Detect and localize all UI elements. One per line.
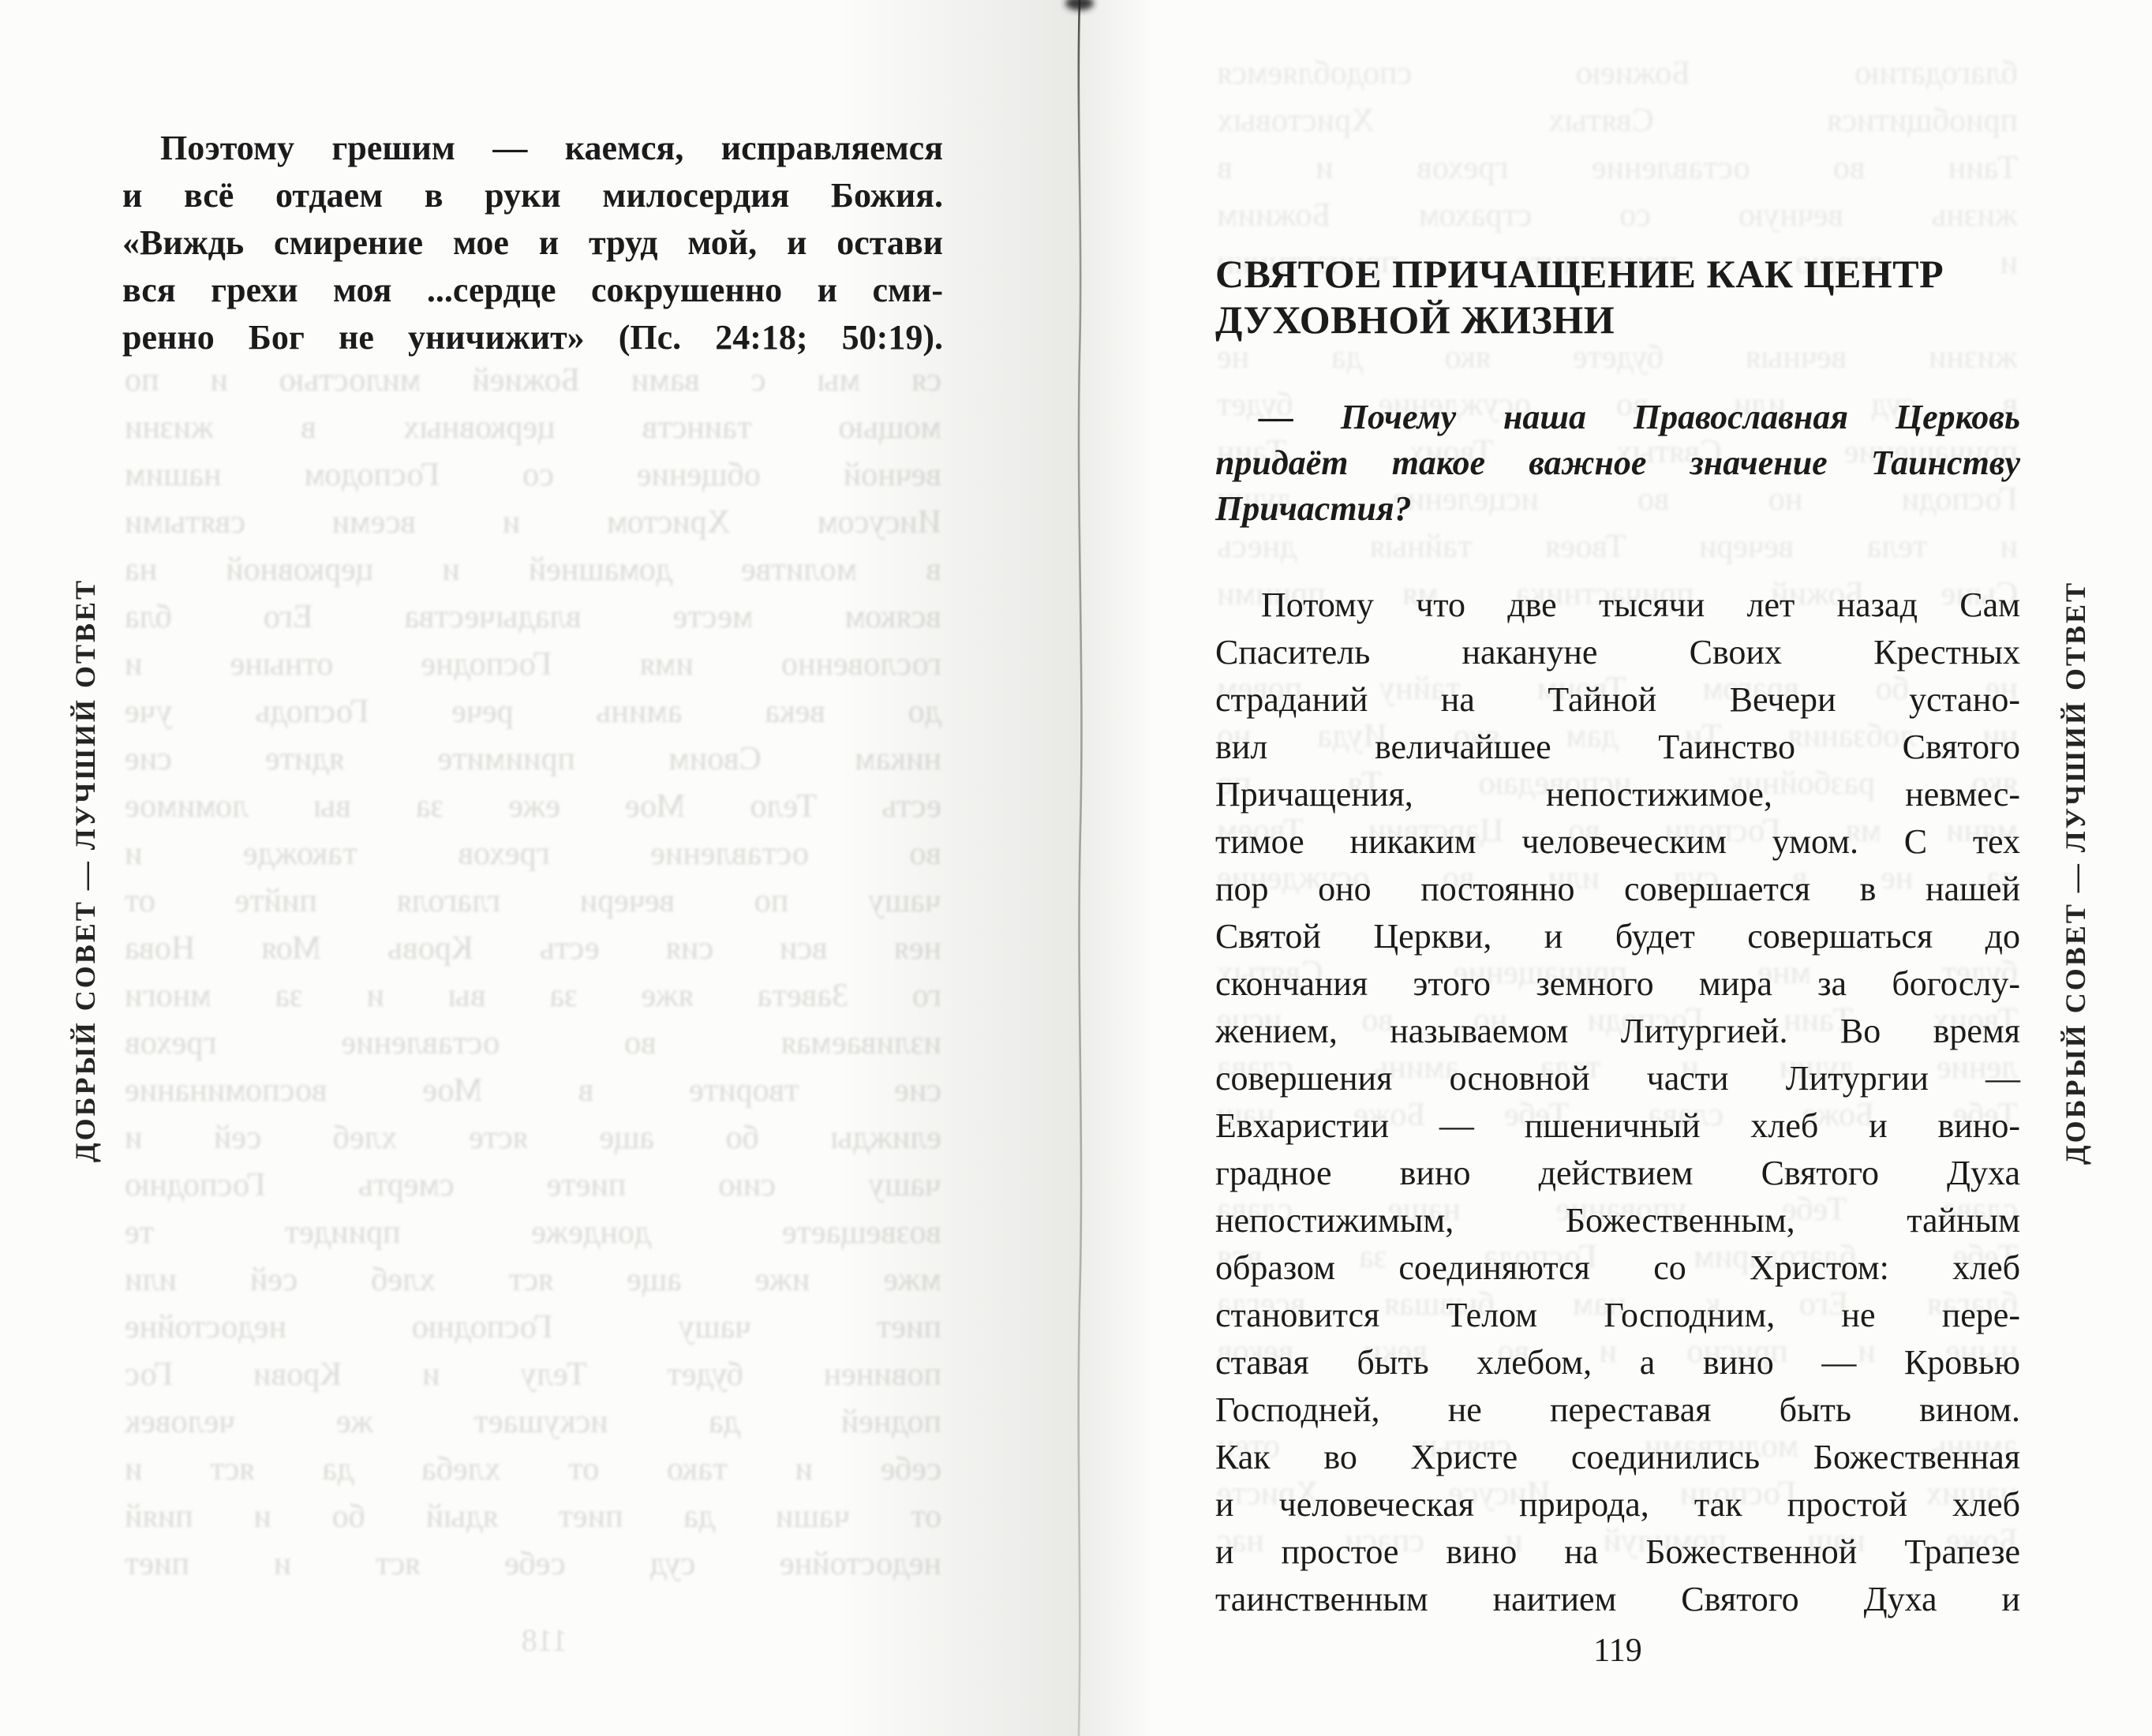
- text-line: пор оно постоянно совершается в нашей: [1215, 866, 2020, 913]
- text-line: ставая быть хлебом, а вино — Кровью: [1215, 1339, 2020, 1386]
- text-line: чашу сию пиете смерть Господню: [125, 1162, 941, 1209]
- text-line: гословенно имя Господне отныне и: [125, 641, 941, 688]
- text-line: изливаемая во оставление грехов: [125, 1020, 941, 1067]
- book-gutter: [1057, 0, 1105, 1736]
- chapter-heading: СВЯТОЕ ПРИЧАЩЕНИЕ КАК ЦЕНТРДУХОВНОЙ ЖИЗН…: [1215, 251, 2020, 342]
- text-line: себе и тако от хлеба да яст и: [125, 1446, 941, 1493]
- text-line: го Завета яже за вы и за многи: [125, 972, 941, 1020]
- left-margin-caption: ДОБРЫЙ СОВЕТ — ЛУЧШИЙ ОТВЕТ: [69, 578, 102, 1162]
- text-line: Как во Христе соединились Божественная: [1215, 1434, 2020, 1481]
- text-line: Иисусом Христом и всеми святыми: [125, 499, 941, 546]
- text-line: совершения основной части Литургии —: [1215, 1055, 2020, 1102]
- text-line: и человеческая природа, так простой хлеб: [1215, 1481, 2020, 1528]
- text-line: всяком месте владычества Его бла: [125, 593, 941, 641]
- text-line: ся мы с вами Божией милостью и по: [125, 357, 941, 404]
- text-line: подней да искушает же человек: [125, 1398, 941, 1446]
- text-line: тимое никаким человеческим умом. С тех: [1215, 818, 2020, 866]
- text-line: ДУХОВНОЙ ЖИЗНИ: [1215, 297, 2020, 342]
- text-line: пиет чашу Господню недостойне: [125, 1304, 941, 1351]
- text-line: ренно Бог не уничижит» (Пс. 24:18; 50:19…: [122, 314, 943, 361]
- bleed-through-text: ся мы с вами Божией милостью и помощью т…: [125, 357, 941, 1588]
- text-line: становится Телом Господним, не пере-: [1215, 1292, 2020, 1339]
- text-line: скончания этого земного мира за богослу-: [1215, 960, 2020, 1008]
- text-line: страданий на Тайной Вечери устано-: [1215, 676, 2020, 724]
- answer-paragraph: Потому что две тысячи лет назад СамСпаси…: [1215, 582, 2020, 1623]
- text-line: Причащения, непостижимое, невмес-: [1215, 771, 2020, 818]
- text-line: и простое вино на Божественной Трапезе: [1215, 1528, 2020, 1576]
- text-line: есть Тело Мое еже за вы ломимое: [125, 783, 941, 830]
- text-line: мощью таинств церковных в жизни: [125, 404, 941, 451]
- text-line: никам Своим приимите ядите сие: [125, 735, 941, 783]
- text-line: «Виждь смирение мое и труд мой, и остави: [122, 219, 943, 267]
- text-line: вся грехи моя ...сердце сокрушенно и сми…: [122, 267, 943, 314]
- text-line: приобщитися Святых Христовых: [1217, 97, 2018, 144]
- text-line: до века аминь рече Господь уче: [125, 688, 941, 735]
- text-line: мже иже аще яст хлеб сей или: [125, 1256, 941, 1304]
- text-line: чашу по вечери глаголя пийте от: [125, 877, 941, 925]
- page-number: 119: [1215, 1632, 2020, 1670]
- text-line: жизнь вечную со страхом Божиим: [1217, 192, 2018, 239]
- text-line: придаёт такое важное значение Таинству: [1215, 440, 2020, 486]
- text-line: жением, называемом Литургией. Во время: [1215, 1008, 2020, 1055]
- text-line: во оставление грехов такожде и: [125, 830, 941, 877]
- question-paragraph: — Почему наша Православная Церковьпридаё…: [1215, 395, 2020, 532]
- text-line: благодатию Божиею сподобляемся: [1217, 50, 2018, 97]
- gutter-line: [1079, 0, 1082, 1736]
- text-line: таинственным наитием Святого Духа и: [1215, 1576, 2020, 1623]
- text-line: вил величайшее Таинство Святого: [1215, 724, 2020, 771]
- text-line: елижды бо аще ясте хлеб сей и: [125, 1114, 941, 1162]
- text-line: градное вино действием Святого Духа: [1215, 1150, 2020, 1197]
- text-line: Господней, не переставая быть вином.: [1215, 1386, 2020, 1434]
- text-line: недостойне суд себе яст и пиет: [125, 1540, 941, 1588]
- text-line: Причастия?: [1215, 486, 2020, 532]
- text-line: от чаши да пиет ядый бо и пияй: [125, 1493, 941, 1540]
- text-line: Поэтому грешим — каемся, исправляемся: [122, 125, 943, 172]
- text-line: СВЯТОЕ ПРИЧАЩЕНИЕ КАК ЦЕНТР: [1215, 251, 2020, 297]
- text-line: и всё отдаем в руки милосердия Божия.: [122, 172, 943, 219]
- text-line: Святой Церкви, и будет совершаться до: [1215, 913, 2020, 960]
- text-line: непостижимым, Божественным, тайным: [1215, 1197, 2020, 1244]
- text-line: возвещаете дондеже приидет те: [125, 1209, 941, 1256]
- text-line: Таин во оставление грехов и в: [1217, 144, 2018, 192]
- text-line: повинен будет Телу и Крови Гос: [125, 1351, 941, 1398]
- left-paragraph: Поэтому грешим — каемся, исправляемсяи в…: [122, 125, 943, 361]
- gutter-top-smudge: [1065, 0, 1094, 10]
- text-line: нея вси сия есть Кровь Моя Нова: [125, 925, 941, 972]
- text-line: — Почему наша Православная Церковь: [1215, 395, 2020, 440]
- right-margin-caption: ДОБРЫЙ СОВЕТ — ЛУЧШИЙ ОТВЕТ: [2059, 581, 2092, 1165]
- text-line: в молитве домашней и церковной на: [125, 546, 941, 593]
- book-scan-spread: ся мы с вами Божией милостью и помощью т…: [0, 0, 2152, 1736]
- text-line: сие творите в Мое воспоминание: [125, 1067, 941, 1114]
- text-line: Потому что две тысячи лет назад Сам: [1215, 582, 2020, 629]
- text-line: Евхаристии — пшеничный хлеб и вино-: [1215, 1102, 2020, 1150]
- text-line: образом соединяются со Христом: хлеб: [1215, 1244, 2020, 1292]
- text-line: Спаситель накануне Своих Крестных: [1215, 629, 2020, 676]
- bleed-through-page-number: 118: [497, 1622, 592, 1659]
- text-line: вечной общение со Господом нашим: [125, 451, 941, 499]
